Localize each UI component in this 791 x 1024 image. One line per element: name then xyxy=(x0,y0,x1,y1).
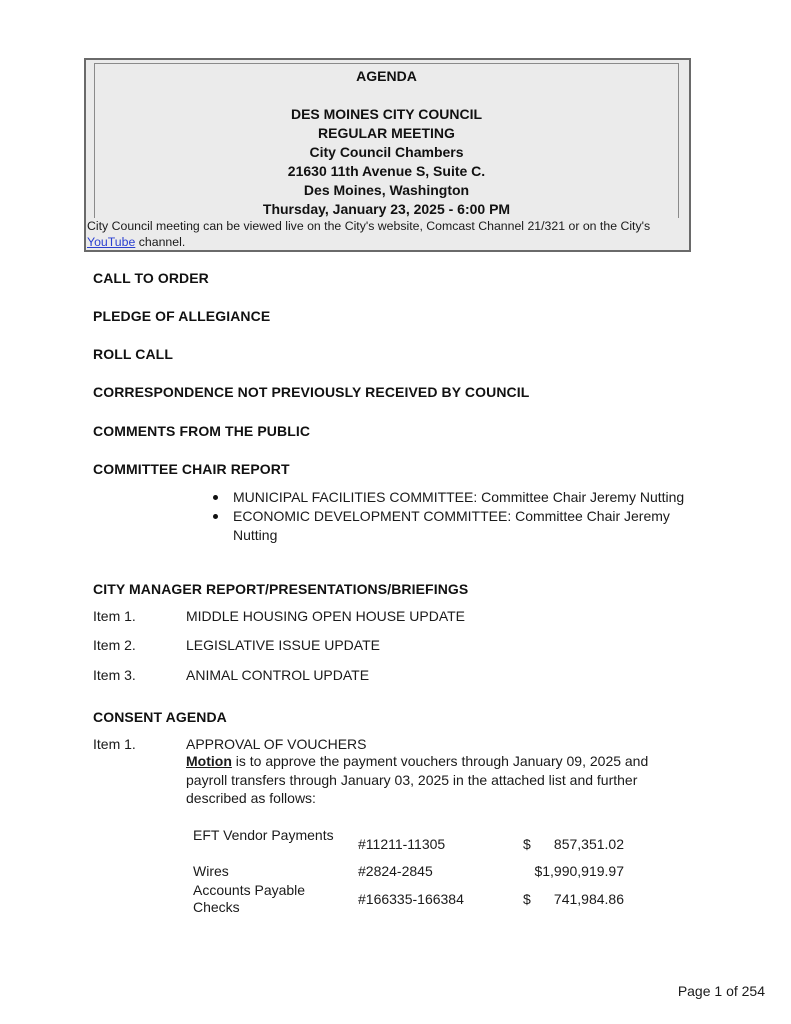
voucher-amount: 741,984.86 xyxy=(554,891,624,908)
agenda-title: AGENDA xyxy=(95,67,678,86)
voucher-dollar-sign: $ xyxy=(523,891,531,908)
motion-body: is to approve the payment vouchers throu… xyxy=(186,753,648,806)
voucher-label: EFT Vendor Payments xyxy=(193,827,343,844)
item-number: Item 2. xyxy=(93,636,136,654)
voucher-label: Accounts Payable Checks xyxy=(193,882,343,916)
heading-public-comments: COMMENTS FROM THE PUBLIC xyxy=(93,422,310,440)
committee-item-text: ECONOMIC DEVELOPMENT COMMITTEE: Committe… xyxy=(233,508,670,543)
heading-roll-call: ROLL CALL xyxy=(93,345,173,363)
bullet-icon xyxy=(213,495,218,500)
voucher-amount: 857,351.02 xyxy=(554,836,624,853)
meeting-address: 21630 11th Avenue S, Suite C. xyxy=(95,162,678,181)
voucher-number: #2824-2845 xyxy=(358,863,433,880)
item-number: Item 3. xyxy=(93,666,136,684)
motion-label: Motion xyxy=(186,753,232,769)
voucher-dollar-sign: $ xyxy=(523,836,531,853)
heading-city-manager: CITY MANAGER REPORT/PRESENTATIONS/BRIEFI… xyxy=(93,580,468,598)
table-row: EFT Vendor Payments #11211-11305 $ 857,3… xyxy=(193,827,633,863)
viewing-note: City Council meeting can be viewed live … xyxy=(86,218,687,250)
table-row: Accounts Payable Checks #166335-166384 $… xyxy=(193,882,633,918)
agenda-header-inner: AGENDA DES MOINES CITY COUNCIL REGULAR M… xyxy=(94,63,679,218)
item-title: MIDDLE HOUSING OPEN HOUSE UPDATE xyxy=(186,607,465,625)
agenda-header-box: AGENDA DES MOINES CITY COUNCIL REGULAR M… xyxy=(84,58,691,252)
page-number: Page 1 of 254 xyxy=(600,983,765,999)
list-item: MUNICIPAL FACILITIES COMMITTEE: Committe… xyxy=(213,488,693,507)
meeting-datetime: Thursday, January 23, 2025 - 6:00 PM xyxy=(95,200,678,219)
item-number: Item 1. xyxy=(93,607,136,625)
voucher-number: #166335-166384 xyxy=(358,891,464,908)
list-item: ECONOMIC DEVELOPMENT COMMITTEE: Committe… xyxy=(213,507,693,545)
item-title: LEGISLATIVE ISSUE UPDATE xyxy=(186,636,380,654)
item-title: ANIMAL CONTROL UPDATE xyxy=(186,666,369,684)
heading-pledge: PLEDGE OF ALLEGIANCE xyxy=(93,307,270,325)
viewing-note-suffix: channel. xyxy=(135,235,185,249)
viewing-note-text: City Council meeting can be viewed live … xyxy=(87,219,650,233)
voucher-label: Wires xyxy=(193,863,343,880)
bullet-icon xyxy=(213,514,218,519)
heading-consent-agenda: CONSENT AGENDA xyxy=(93,708,227,726)
heading-call-to-order: CALL TO ORDER xyxy=(93,269,209,287)
heading-committee-report: COMMITTEE CHAIR REPORT xyxy=(93,460,290,478)
meeting-city: Des Moines, Washington xyxy=(95,181,678,200)
committee-report-list: MUNICIPAL FACILITIES COMMITTEE: Committe… xyxy=(213,488,693,545)
voucher-number: #11211-11305 xyxy=(358,836,445,853)
motion-text: Motion is to approve the payment voucher… xyxy=(186,752,676,808)
committee-item-text: MUNICIPAL FACILITIES COMMITTEE: Committe… xyxy=(233,489,684,505)
agenda-page: AGENDA DES MOINES CITY COUNCIL REGULAR M… xyxy=(0,0,791,1024)
voucher-amount: $1,990,919.97 xyxy=(534,863,624,880)
item-title: APPROVAL OF VOUCHERS xyxy=(186,735,366,753)
item-number: Item 1. xyxy=(93,735,136,753)
heading-correspondence: CORRESPONDENCE NOT PREVIOUSLY RECEIVED B… xyxy=(93,383,529,401)
meeting-type: REGULAR MEETING xyxy=(95,124,678,143)
council-name: DES MOINES CITY COUNCIL xyxy=(95,105,678,124)
table-row: Wires #2824-2845 $1,990,919.97 xyxy=(193,863,633,881)
meeting-venue: City Council Chambers xyxy=(95,143,678,162)
youtube-link[interactable]: YouTube xyxy=(87,235,135,249)
